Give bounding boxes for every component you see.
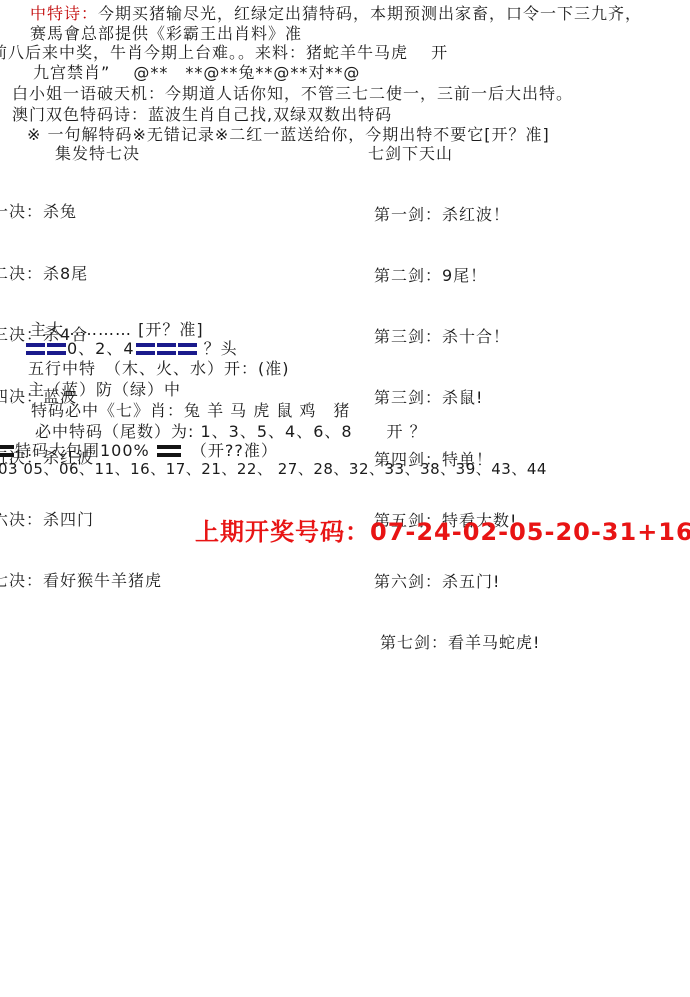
hint-line: 前八后来中奖，牛肖今期上台难。。来料：猪蛇羊牛马虎 开 bbox=[0, 43, 448, 62]
baowei-label: 特码大包围100% bbox=[15, 441, 150, 460]
list-item: 七决：看好猴牛羊猪虎 bbox=[0, 571, 162, 592]
jie-tema-line: ※ 一句解特码※无错记录※二红一蓝送给你，今期出特不要它[开？准] bbox=[27, 125, 550, 144]
list-item: 二决：杀8尾 bbox=[0, 264, 162, 285]
poem-text: 今期买猪输尽光，红绿定出猜特码，本期预测出家畜，口令一下三九齐， bbox=[98, 4, 642, 23]
bizhong-xiao-line: 特码必中《七》肖：兔 羊 马 虎 鼠 鸡 猪 bbox=[31, 401, 350, 420]
jiugong-line: 九宫禁肖” @** **@**兔**@**对**@ bbox=[33, 63, 360, 82]
list-item: 六决：杀四门 bbox=[0, 510, 162, 531]
double-bar-icon bbox=[178, 343, 197, 355]
bizhong-wei-line: 必中特码（尾数）为: 1、3、5、4、6、8 开 ？ bbox=[35, 422, 427, 441]
right-column-title: 七剑下天山 bbox=[368, 144, 453, 163]
list-item: 第二剑：9尾！ bbox=[374, 266, 540, 286]
aomen-line: 澳门双色特码诗：蓝波生肖自己找,双绿双数出特码 bbox=[12, 105, 392, 124]
last-draw-result: 上期开奖号码：07-24-02-05-20-31+16 bbox=[195, 512, 690, 547]
baowei-tail: （开??准） bbox=[182, 441, 278, 460]
double-bar-icon bbox=[47, 343, 66, 355]
list-item: 第七剑：看羊马蛇虎! bbox=[374, 633, 540, 653]
tip-sheet-page: 中特诗：今期买猪输尽光，红绿定出猜特码，本期预测出家畜，口令一下三九齐， 赛馬會… bbox=[0, 0, 690, 997]
list-item: 第三剑：杀十合！ bbox=[374, 327, 540, 347]
double-bar-icon bbox=[0, 445, 14, 457]
double-bar-icon bbox=[157, 343, 176, 355]
double-bar-icon bbox=[26, 343, 45, 355]
list-item: 第三剑：杀鼠! bbox=[374, 388, 540, 408]
provider-line: 赛馬會总部提供《彩霸王出肖料》准 bbox=[30, 24, 302, 43]
list-item: 一决：杀兔 bbox=[0, 202, 162, 223]
zhulan-line: 主（蓝）防（绿）中 bbox=[28, 380, 181, 399]
double-bar-icon bbox=[136, 343, 155, 355]
head-count-tail: ？头 bbox=[198, 339, 238, 358]
wuxing-line: 五行中特 （木、火、水）开：(准) bbox=[28, 359, 290, 378]
head-count-line: 0、2、4 ？头 bbox=[25, 339, 238, 358]
list-item: 第六剑：杀五门! bbox=[374, 572, 540, 592]
baixiaojie-line: 白小姐一语破天机：今期道人话你知，不管三七二使一，三前一后大出特。 bbox=[12, 84, 573, 103]
poem-line: 中特诗：今期买猪输尽光，红绿定出猜特码，本期预测出家畜，口令一下三九齐， bbox=[30, 4, 642, 23]
baowei-line: 特码大包围100% （开??准） bbox=[0, 441, 278, 460]
double-bar-icon bbox=[157, 445, 181, 457]
last-draw-label: 上期开奖号码： bbox=[195, 518, 370, 546]
poem-label: 中特诗： bbox=[30, 4, 98, 23]
zhuda-line: 主大………… [开？准] bbox=[30, 320, 204, 339]
last-draw-numbers: 07-24-02-05-20-31+16 bbox=[370, 518, 690, 546]
head-count-values: 0、2、4 bbox=[67, 339, 135, 358]
numbers-line: 03 05、06、11、16、17、21、22、 27、28、32、33、38、… bbox=[0, 460, 547, 479]
list-item: 第一剑：杀红波！ bbox=[374, 205, 540, 225]
